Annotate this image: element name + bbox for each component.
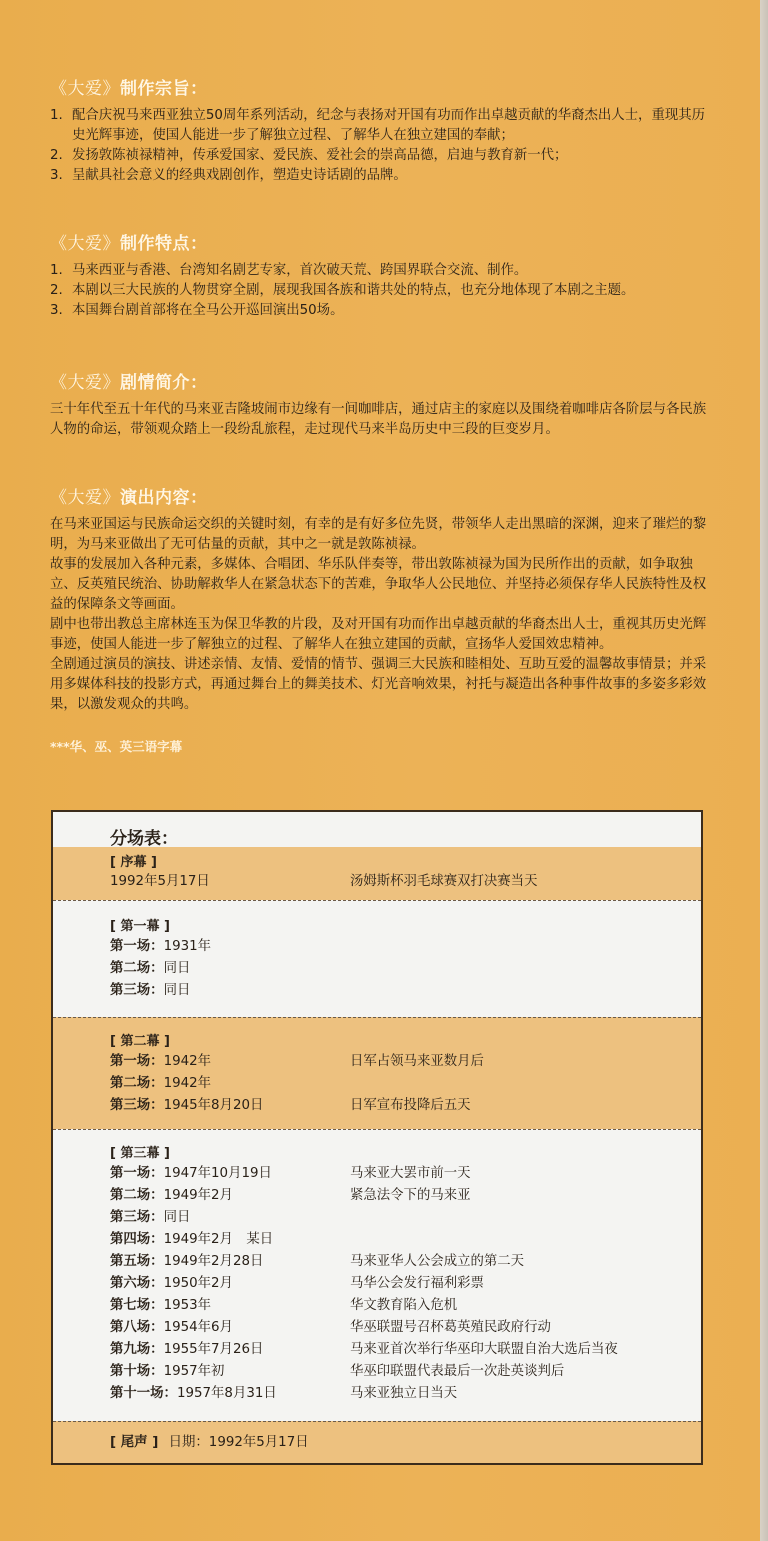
scene-row: 第三场：同日 [110,981,690,1001]
features-list: 1.马来西亚与香港、台湾知名剧艺专家，首次破天荒、跨国界联合交流、制作。 2.本… [50,261,710,321]
act-label: [ 第三幕 ] [110,1142,170,1161]
content-paragraph: 全剧通过演员的演技、讲述亲情、友情、爱情的情节、强调三大民族和睦相处、互助互爱的… [50,655,710,715]
act-1-band: [ 第一幕 ] 第一场：1931年 第二场：同日 第三场：同日 [53,900,701,1017]
scene-row: 第六场：1950年2月 马华公会发行福利彩票 [110,1274,690,1294]
schedule-title: 分场表： [110,824,178,849]
section-title: 《大爱》制作特点： [50,233,710,255]
scene-row: 第七场：1953年 华文教育陷入危机 [110,1296,690,1316]
scene-schedule-table: 分场表： [ 序幕 ] 1992年5月17日 汤姆斯杯羽毛球赛双打决赛当天 [ … [51,810,703,1465]
prologue-row: 1992年5月17日 汤姆斯杯羽毛球赛双打决赛当天 [110,872,690,892]
act-2-band: [ 第二幕 ] 第一场：1942年 日军占领马来亚数月后 第二场：1942年 第… [53,1017,701,1129]
act-label: [ 第一幕 ] [110,915,170,934]
content-paragraph: 剧中也带出教总主席林连玉为保卫华教的片段，及对开国有功而作出卓越贡献的华裔杰出人… [50,615,710,655]
act-3-band: [ 第三幕 ] 第一场：1947年10月19日 马来亚大罢市前一天 第二场：19… [53,1129,701,1421]
scene-row: 第二场：同日 [110,959,690,979]
list-item: 1.配合庆祝马来西亚独立50周年系列活动，纪念与表扬对开国有功而作出卓越贡献的华… [50,106,710,146]
content-paragraph: 在马来亚国运与民族命运交织的关键时刻，有幸的是有好多位先贤，带领华人走出黑暗的深… [50,515,710,555]
scene-row: 第一场：1947年10月19日 马来亚大罢市前一天 [110,1164,690,1184]
list-item: 1.马来西亚与香港、台湾知名剧艺专家，首次破天荒、跨国界联合交流、制作。 [50,261,710,281]
scene-row: 第三场：1945年8月20日 日军宣布投降后五天 [110,1096,690,1116]
scene-date: 1992年5月17日 [110,874,210,889]
epilogue-row: [ 尾声 ] 日期：1992年5月17日 [110,1433,690,1453]
list-item: 3.本国舞台剧首部将在全马公开巡回演出50场。 [50,301,710,321]
section-production-features: 《大爱》制作特点： 1.马来西亚与香港、台湾知名剧艺专家，首次破天荒、跨国界联合… [50,233,710,321]
list-item: 2.本剧以三大民族的人物贯穿全剧，展现我国各族和谐共处的特点，也充分地体现了本剧… [50,281,710,301]
scene-row: 第二场：1949年2月 紧急法令下的马来亚 [110,1186,690,1206]
scene-description: 汤姆斯杯羽毛球赛双打决赛当天 [350,872,537,892]
scene-row: 第一场：1942年 日军占领马来亚数月后 [110,1052,690,1072]
content-paragraph: 故事的发展加入各种元素，多媒体、合唱团、华乐队伴奏等，带出敦陈祯禄为国为民所作出… [50,555,710,615]
epilogue-date: 日期：1992年5月17日 [169,1435,309,1450]
subtitle-language-note: ***华、巫、英三语字幕 [50,737,710,755]
scene-row: 第九场：1955年7月26日 马来亚首次举行华巫印大联盟自治大选后当夜 [110,1340,690,1360]
section-title: 《大爱》剧情简介： [50,372,710,394]
scene-row: 第一场：1931年 [110,937,690,957]
act-label: [ 第二幕 ] [110,1030,170,1049]
scene-row: 第十一场：1957年8月31日 马来亚独立日当天 [110,1384,690,1404]
scene-row: 第二场：1942年 [110,1074,690,1094]
act-label: [ 尾声 ] [110,1435,158,1450]
purpose-list: 1.配合庆祝马来西亚独立50周年系列活动，纪念与表扬对开国有功而作出卓越贡献的华… [50,106,710,186]
section-title: 《大爱》制作宗旨： [50,78,710,100]
section-title: 《大爱》演出内容： [50,487,710,509]
synopsis-paragraph: 三十年代至五十年代的马来亚吉隆坡闹市边缘有一间咖啡店，通过店主的家庭以及围绕着咖… [50,400,710,440]
page-edge-strip [760,0,768,1541]
list-item: 2.发扬敦陈祯禄精神，传承爱国家、爱民族、爱社会的崇高品德，启迪与教育新一代； [50,146,710,166]
epilogue-band: [ 尾声 ] 日期：1992年5月17日 [53,1421,701,1463]
list-item: 3.呈献具社会意义的经典戏剧创作，塑造史诗话剧的品牌。 [50,166,710,186]
section-production-purpose: 《大爱》制作宗旨： 1.配合庆祝马来西亚独立50周年系列活动，纪念与表扬对开国有… [50,78,710,186]
section-synopsis: 《大爱》剧情简介： 三十年代至五十年代的马来亚吉隆坡闹市边缘有一间咖啡店，通过店… [50,372,710,440]
section-performance-content: 《大爱》演出内容： 在马来亚国运与民族命运交织的关键时刻，有幸的是有好多位先贤，… [50,487,710,755]
act-label: [ 序幕 ] [110,851,157,870]
scene-row: 第十场：1957年初 华巫印联盟代表最后一次赴英谈判后 [110,1362,690,1382]
scene-row: 第四场：1949年2月 某日 [110,1230,690,1250]
prologue-band: [ 序幕 ] 1992年5月17日 汤姆斯杯羽毛球赛双打决赛当天 [53,847,701,900]
scene-row: 第五场：1949年2月28日 马来亚华人公会成立的第二天 [110,1252,690,1272]
scene-row: 第三场：同日 [110,1208,690,1228]
scene-row: 第八场：1954年6月 华巫联盟号召杯葛英殖民政府行动 [110,1318,690,1338]
